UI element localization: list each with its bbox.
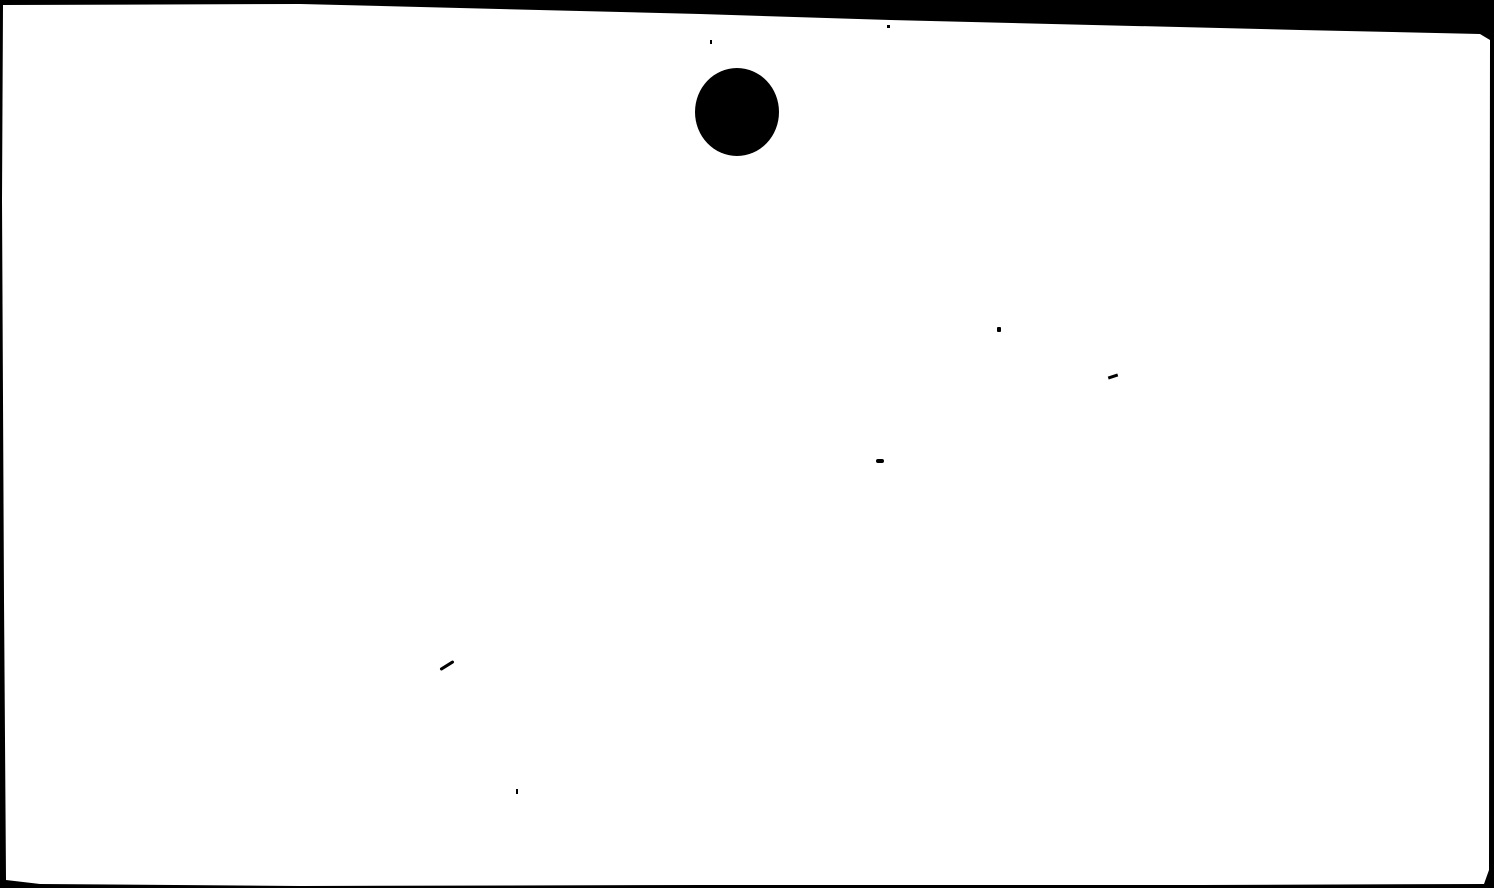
blank-card: [0, 0, 1494, 888]
punched-hole: [695, 68, 779, 156]
noise-speck: [439, 660, 454, 671]
noise-speck: [997, 327, 1001, 332]
noise-speck: [1108, 374, 1118, 380]
noise-speck: [876, 459, 884, 463]
noise-speck: [710, 40, 712, 44]
noise-speck: [887, 25, 890, 28]
noise-speck: [516, 789, 518, 794]
